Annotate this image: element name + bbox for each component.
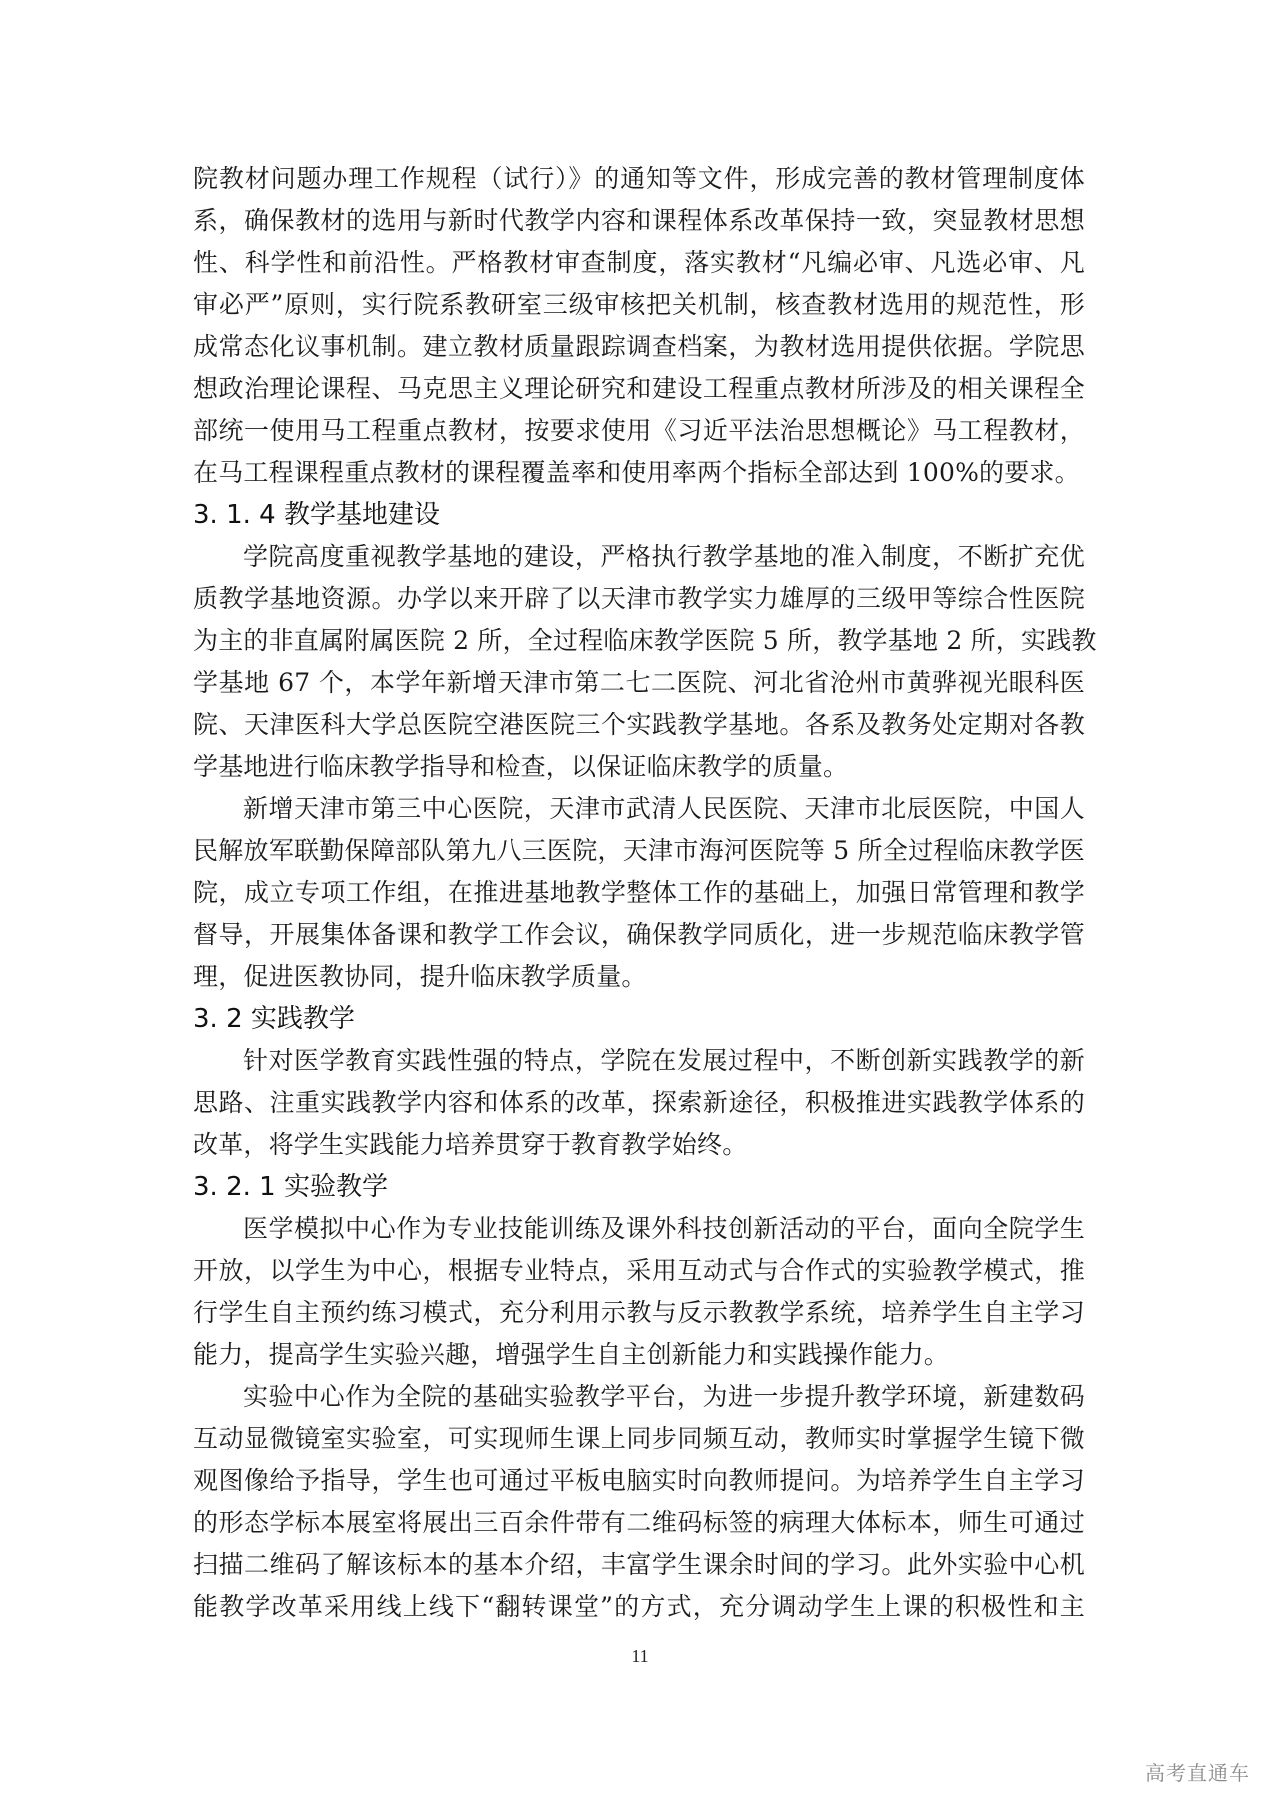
text-line: 开放，以学生为中心，根据专业特点，采用互动式与合作式的实验教学模式，推 bbox=[193, 1250, 1085, 1292]
text-line: 改革，将学生实践能力培养贯穿于教育教学始终。 bbox=[193, 1124, 1085, 1166]
text-line: 性、科学性和前沿性。严格教材审查制度，落实教材“凡编必审、凡选必审、凡 bbox=[193, 242, 1085, 284]
paragraph: 新增天津市第三中心医院，天津市武清人民医院、天津市北辰医院，中国人民解放军联勤保… bbox=[193, 788, 1085, 998]
text-line: 扫描二维码了解该标本的基本介绍，丰富学生课余时间的学习。此外实验中心机 bbox=[193, 1544, 1085, 1586]
text-line: 能力，提高学生实验兴趣，增强学生自主创新能力和实践操作能力。 bbox=[193, 1334, 1085, 1376]
text-line: 理，促进医教协同，提升临床教学质量。 bbox=[193, 956, 1085, 998]
watermark: 高考直通车 bbox=[1145, 1757, 1250, 1786]
text-line: 民解放军联勤保障部队第九八三医院，天津市海河医院等 5 所全过程临床教学医 bbox=[193, 830, 1085, 872]
page-number: 11 bbox=[0, 1646, 1280, 1667]
text-line: 部统一使用马工程重点教材，按要求使用《习近平法治思想概论》马工程教材， bbox=[193, 410, 1085, 452]
text-line: 院，成立专项工作组，在推进基地教学整体工作的基础上，加强日常管理和教学 bbox=[193, 872, 1085, 914]
text-line: 在马工程课程重点教材的课程覆盖率和使用率两个指标全部达到 100%的要求。 bbox=[193, 452, 1085, 494]
text-line: 学基地进行临床教学指导和检查，以保证临床教学的质量。 bbox=[193, 746, 1085, 788]
text-line: 学院高度重视教学基地的建设，严格执行教学基地的准入制度，不断扩充优 bbox=[193, 536, 1085, 578]
text-line: 想政治理论课程、马克思主义理论研究和建设工程重点教材所涉及的相关课程全 bbox=[193, 368, 1085, 410]
text-line: 新增天津市第三中心医院，天津市武清人民医院、天津市北辰医院，中国人 bbox=[193, 788, 1085, 830]
text-line: 系，确保教材的选用与新时代教学内容和课程体系改革保持一致，突显教材思想 bbox=[193, 200, 1085, 242]
text-line: 互动显微镜室实验室，可实现师生课上同步同频互动，教师实时掌握学生镜下微 bbox=[193, 1418, 1085, 1460]
text-line: 观图像给予指导，学生也可通过平板电脑实时向教师提问。为培养学生自主学习 bbox=[193, 1460, 1085, 1502]
text-line: 实验中心作为全院的基础实验教学平台，为进一步提升教学环境，新建数码 bbox=[193, 1376, 1085, 1418]
paragraph: 医学模拟中心作为专业技能训练及课外科技创新活动的平台，面向全院学生开放，以学生为… bbox=[193, 1208, 1085, 1376]
text-line: 行学生自主预约练习模式，充分利用示教与反示教教学系统，培养学生自主学习 bbox=[193, 1292, 1085, 1334]
text-line: 医学模拟中心作为专业技能训练及课外科技创新活动的平台，面向全院学生 bbox=[193, 1208, 1085, 1250]
paragraph: 实验中心作为全院的基础实验教学平台，为进一步提升教学环境，新建数码互动显微镜室实… bbox=[193, 1376, 1085, 1628]
text-line: 院教材问题办理工作规程（试行）》的通知等文件，形成完善的教材管理制度体 bbox=[193, 158, 1085, 200]
text-line: 院、天津医科大学总医院空港医院三个实践教学基地。各系及教务处定期对各教 bbox=[193, 704, 1085, 746]
text-line: 学基地 67 个，本学年新增天津市第二七二医院、河北省沧州市黄骅视光眼科医 bbox=[193, 662, 1085, 704]
text-line: 针对医学教育实践性强的特点，学院在发展过程中，不断创新实践教学的新 bbox=[193, 1040, 1085, 1082]
section-heading: 3. 2 实践教学 bbox=[193, 998, 1085, 1040]
text-line: 思路、注重实践教学内容和体系的改革，探索新途径，积极推进实践教学体系的 bbox=[193, 1082, 1085, 1124]
text-line: 为主的非直属附属医院 2 所，全过程临床教学医院 5 所，教学基地 2 所，实践… bbox=[193, 620, 1085, 662]
document-body: 院教材问题办理工作规程（试行）》的通知等文件，形成完善的教材管理制度体系，确保教… bbox=[193, 158, 1085, 1628]
text-line: 的形态学标本展室将展出三百余件带有二维码标签的病理大体标本，师生可通过 bbox=[193, 1502, 1085, 1544]
text-line: 能教学改革采用线上线下“翻转课堂”的方式，充分调动学生上课的积极性和主 bbox=[193, 1586, 1085, 1628]
section-heading: 3. 1. 4 教学基地建设 bbox=[193, 494, 1085, 536]
paragraph: 针对医学教育实践性强的特点，学院在发展过程中，不断创新实践教学的新思路、注重实践… bbox=[193, 1040, 1085, 1166]
section-heading: 3. 2. 1 实验教学 bbox=[193, 1166, 1085, 1208]
paragraph: 院教材问题办理工作规程（试行）》的通知等文件，形成完善的教材管理制度体系，确保教… bbox=[193, 158, 1085, 494]
text-line: 审必严”原则，实行院系教研室三级审核把关机制，核查教材选用的规范性，形 bbox=[193, 284, 1085, 326]
text-line: 督导，开展集体备课和教学工作会议，确保教学同质化，进一步规范临床教学管 bbox=[193, 914, 1085, 956]
paragraph: 学院高度重视教学基地的建设，严格执行教学基地的准入制度，不断扩充优质教学基地资源… bbox=[193, 536, 1085, 788]
text-line: 质教学基地资源。办学以来开辟了以天津市教学实力雄厚的三级甲等综合性医院 bbox=[193, 578, 1085, 620]
text-line: 成常态化议事机制。建立教材质量跟踪调查档案，为教材选用提供依据。学院思 bbox=[193, 326, 1085, 368]
document-page: 院教材问题办理工作规程（试行）》的通知等文件，形成完善的教材管理制度体系，确保教… bbox=[0, 0, 1280, 1810]
